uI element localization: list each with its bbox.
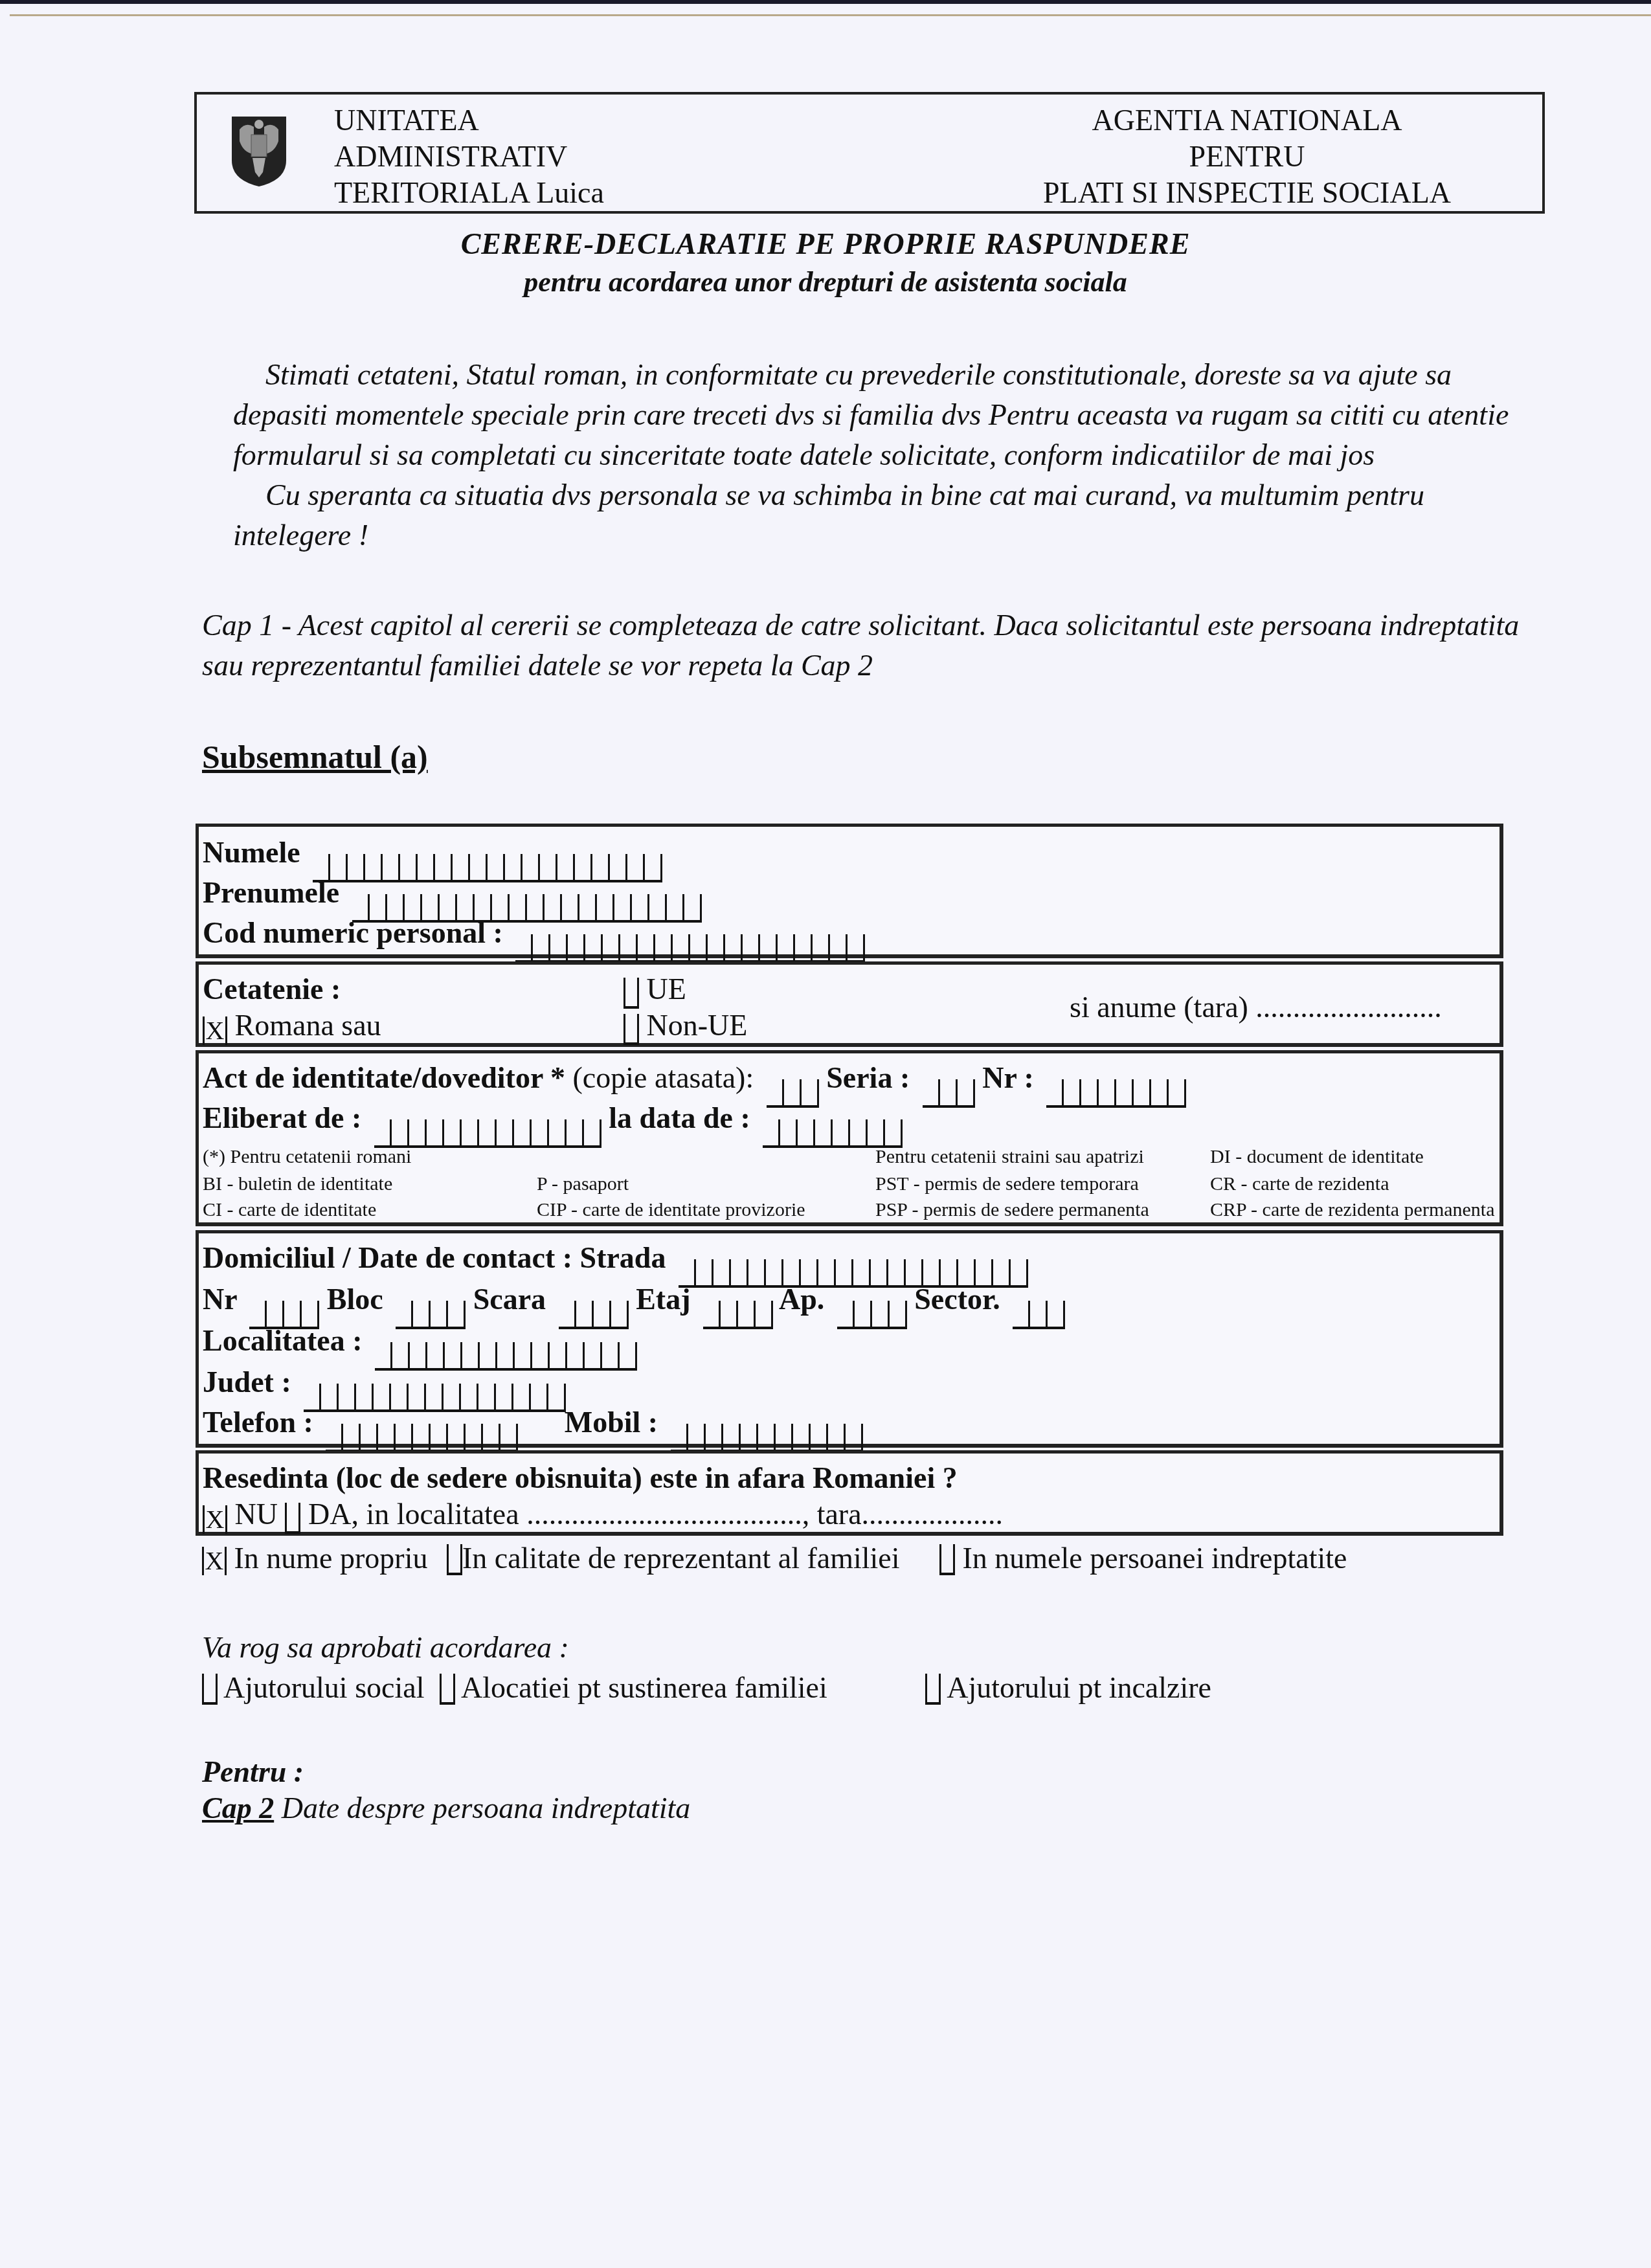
request-options: Ajutorului social Alocatiei pt sustinere… xyxy=(202,1670,1211,1705)
ajutor-social-checkbox[interactable] xyxy=(202,1674,218,1705)
char-box[interactable] xyxy=(444,1119,462,1148)
cap1-instructions: Cap 1 - Acest capitol al cererii se comp… xyxy=(202,605,1549,686)
data-label: la data de : xyxy=(609,1101,750,1134)
char-box[interactable] xyxy=(813,934,830,963)
capacity-options: X In nume propriu In calitate de repreze… xyxy=(202,1541,1347,1575)
char-box[interactable] xyxy=(690,934,708,963)
legend-straini-title: Pentru cetatenii straini sau apatrizi xyxy=(875,1144,1144,1170)
char-box[interactable] xyxy=(708,934,725,963)
char-box[interactable] xyxy=(549,1119,567,1148)
act-type-input[interactable] xyxy=(767,1069,819,1097)
address-details-row: Nr Bloc Scara Etaj Ap. Sector. xyxy=(203,1280,1065,1319)
char-box[interactable] xyxy=(778,934,795,963)
citizenship-ue-option[interactable]: UE xyxy=(623,970,686,1009)
char-box[interactable] xyxy=(811,1424,828,1452)
act-label: Act de identitate/doveditor * xyxy=(203,1061,565,1094)
char-box[interactable] xyxy=(413,1424,431,1452)
char-box[interactable] xyxy=(585,934,603,963)
char-box[interactable] xyxy=(584,1119,601,1148)
romana-checkbox[interactable]: X xyxy=(203,1016,227,1045)
pentru-label: Pentru : xyxy=(202,1755,304,1789)
char-box[interactable] xyxy=(1081,1079,1099,1108)
ajutor-incalzire-checkbox[interactable] xyxy=(925,1674,941,1705)
citizenship-romana-option[interactable]: X Romana sau xyxy=(203,1006,381,1045)
char-box[interactable] xyxy=(837,1301,855,1329)
char-box[interactable] xyxy=(533,934,550,963)
addr-nr-input[interactable] xyxy=(249,1290,319,1319)
residence-box: Resedinta (loc de sedere obisnuita) este… xyxy=(196,1450,1503,1536)
capacity-entitled-checkbox[interactable] xyxy=(939,1544,955,1575)
prenumele-row: Prenumele xyxy=(203,873,702,912)
residence-options: X NU DA, in localitatea ................… xyxy=(203,1495,1003,1534)
numele-input[interactable] xyxy=(313,844,662,872)
eliberat-input[interactable] xyxy=(374,1109,601,1138)
seria-label: Seria : xyxy=(826,1061,910,1094)
address-box: Domiciliul / Date de contact : Strada Nr… xyxy=(196,1230,1503,1448)
ue-checkbox[interactable] xyxy=(623,978,639,1009)
char-box[interactable] xyxy=(532,1119,549,1148)
intro-paragraph: Cu speranta ca situatia dvs personala se… xyxy=(233,475,1522,556)
char-box[interactable] xyxy=(638,934,655,963)
char-box[interactable] xyxy=(673,934,690,963)
char-box[interactable] xyxy=(1048,1301,1065,1329)
alocatie-checkbox[interactable] xyxy=(440,1674,455,1705)
char-box[interactable] xyxy=(655,934,673,963)
char-box[interactable] xyxy=(602,1342,620,1371)
char-box[interactable] xyxy=(890,1301,907,1329)
localitatea-input[interactable] xyxy=(375,1332,637,1360)
country-field[interactable]: si anume (tara) ........................… xyxy=(1070,988,1442,1027)
issuer-right: AGENTIA NATIONALA PENTRU PLATI SI INSPEC… xyxy=(988,102,1506,211)
char-box[interactable] xyxy=(703,1301,721,1329)
scan-edge xyxy=(0,0,1651,4)
char-box[interactable] xyxy=(1064,1079,1081,1108)
nr-input[interactable] xyxy=(1046,1069,1186,1097)
judet-row: Judet : xyxy=(203,1363,566,1402)
char-box[interactable] xyxy=(1151,1079,1169,1108)
char-box[interactable] xyxy=(743,934,760,963)
char-box[interactable] xyxy=(343,1424,361,1452)
char-box[interactable] xyxy=(431,1424,448,1452)
char-box[interactable] xyxy=(326,1424,343,1452)
numele-label: Numele xyxy=(203,836,300,869)
cnp-row: Cod numeric personal : xyxy=(203,914,865,952)
eliberat-row: Eliberat de : la data de : xyxy=(203,1099,903,1138)
numele-row: Numele xyxy=(203,833,662,872)
judet-input[interactable] xyxy=(304,1373,566,1402)
id-document-box: Act de identitate/doveditor * (copie ata… xyxy=(196,1050,1503,1226)
telefon-label: Telefon : xyxy=(203,1406,313,1439)
ajutor-incalzire-label: Ajutorului pt incalzire xyxy=(947,1671,1211,1704)
bloc-input[interactable] xyxy=(396,1290,466,1319)
judet-label: Judet : xyxy=(203,1365,291,1398)
ajutor-social-label: Ajutorului social xyxy=(223,1671,424,1704)
citizenship-non-ue-option[interactable]: Non-UE xyxy=(623,1006,747,1045)
char-box[interactable] xyxy=(514,1119,532,1148)
char-box[interactable] xyxy=(396,1424,413,1452)
section-heading-subsemnatul: Subsemnatul (a) xyxy=(202,738,428,776)
issuer-right-line: PENTRU xyxy=(988,139,1506,175)
strada-label: Domiciliul / Date de contact : Strada xyxy=(203,1241,666,1274)
char-box[interactable] xyxy=(958,1079,975,1108)
char-box[interactable] xyxy=(763,1119,780,1148)
char-box[interactable] xyxy=(688,1424,706,1452)
capacity-own-checkbox[interactable]: X xyxy=(202,1547,227,1575)
char-box[interactable] xyxy=(1046,1079,1064,1108)
act-row: Act de identitate/doveditor * (copie ata… xyxy=(203,1059,1186,1097)
legend-cr: CR - carte de rezidenta xyxy=(1210,1171,1389,1197)
cap2-link[interactable]: Cap 2 xyxy=(202,1791,274,1825)
intro-paragraph: Stimati cetateni, Statul roman, in confo… xyxy=(233,355,1522,475)
char-box[interactable] xyxy=(550,934,568,963)
ap-label: Ap. xyxy=(779,1283,824,1316)
seria-input[interactable] xyxy=(923,1069,975,1097)
char-box[interactable] xyxy=(409,1119,427,1148)
data-input[interactable] xyxy=(763,1109,903,1138)
capacity-own-label: In nume propriu xyxy=(234,1542,428,1575)
char-box[interactable] xyxy=(466,1424,483,1452)
char-box[interactable] xyxy=(760,934,778,963)
mobil-input[interactable] xyxy=(671,1413,863,1442)
char-box[interactable] xyxy=(830,934,848,963)
char-box[interactable] xyxy=(567,1119,584,1148)
romana-label: Romana sau xyxy=(235,1009,381,1042)
citizenship-label: Cetatenie : xyxy=(203,970,341,1009)
strada-input[interactable] xyxy=(679,1249,1028,1277)
ue-label: UE xyxy=(647,972,686,1005)
char-box[interactable] xyxy=(361,1424,378,1452)
residence-nu-label: NU xyxy=(235,1498,278,1531)
issuer-left-line: TERITORIALA Luica xyxy=(334,175,604,211)
char-box[interactable] xyxy=(620,934,638,963)
legend-cip: CIP - carte de identitate provizorie xyxy=(537,1197,805,1223)
non-ue-label: Non-UE xyxy=(647,1009,748,1042)
char-box[interactable] xyxy=(1030,1301,1048,1329)
alocatie-label: Alocatiei pt sustinerea familiei xyxy=(461,1671,827,1704)
prenumele-label: Prenumele xyxy=(203,876,339,909)
char-box[interactable] xyxy=(855,1301,872,1329)
char-box[interactable] xyxy=(568,934,585,963)
char-box[interactable] xyxy=(1116,1079,1134,1108)
char-box[interactable] xyxy=(940,1079,958,1108)
char-box[interactable] xyxy=(479,1119,497,1148)
cap2-line: Cap 2 Date despre persoana indreptatita xyxy=(202,1791,690,1825)
char-box[interactable] xyxy=(848,934,865,963)
char-box[interactable] xyxy=(776,1424,793,1452)
act-note: (copie atasata): xyxy=(573,1061,754,1094)
etaj-label: Etaj xyxy=(636,1283,690,1316)
legend-romani-title: (*) Pentru cetatenii romani xyxy=(203,1144,411,1170)
char-box[interactable] xyxy=(815,1119,833,1148)
phone-row: Telefon : Mobil : xyxy=(203,1403,863,1442)
residence-da-checkbox[interactable] xyxy=(285,1503,300,1534)
char-box[interactable] xyxy=(846,1424,863,1452)
legend-di: DI - document de identitate xyxy=(1210,1144,1424,1170)
char-box[interactable] xyxy=(725,934,743,963)
legend-ci: CI - carte de identitate xyxy=(203,1197,376,1223)
char-box[interactable] xyxy=(585,1342,602,1371)
capacity-entitled-label: In numele persoanei indreptatite xyxy=(963,1542,1347,1575)
mobil-label: Mobil : xyxy=(565,1406,658,1439)
char-box[interactable] xyxy=(756,1301,773,1329)
char-box[interactable] xyxy=(795,934,813,963)
char-box[interactable] xyxy=(483,1424,500,1452)
sector-label: Sector. xyxy=(914,1283,1000,1316)
cnp-label: Cod numeric personal : xyxy=(203,916,503,949)
char-box[interactable] xyxy=(798,1119,815,1148)
legend-p: P - pasaport xyxy=(537,1171,629,1197)
eliberat-label: Eliberat de : xyxy=(203,1101,361,1134)
document-subtitle: pentru acordarea unor drepturi de asiste… xyxy=(0,265,1651,298)
char-box[interactable] xyxy=(620,1342,637,1371)
char-box[interactable] xyxy=(850,1119,868,1148)
char-box[interactable] xyxy=(515,934,533,963)
localitatea-label: Localitatea : xyxy=(203,1324,363,1357)
ap-input[interactable] xyxy=(837,1290,907,1319)
char-box[interactable] xyxy=(872,1301,890,1329)
residence-nu-checkbox[interactable]: X xyxy=(203,1505,227,1534)
strada-row: Domiciliul / Date de contact : Strada xyxy=(203,1239,1028,1277)
issuer-left-line: ADMINISTRATIV xyxy=(334,139,604,175)
legend-bi: BI - buletin de identitate xyxy=(203,1171,392,1197)
localitatea-row: Localitatea : xyxy=(203,1321,637,1360)
issuer-left: UNITATEA ADMINISTRATIV TERITORIALA Luica xyxy=(334,102,604,211)
char-box[interactable] xyxy=(378,1424,396,1452)
char-box[interactable] xyxy=(427,1119,444,1148)
char-box[interactable] xyxy=(721,1301,738,1329)
cnp-input[interactable] xyxy=(515,924,865,952)
scan-artifact-line xyxy=(10,14,1651,16)
request-heading: Va rog sa aprobati acordarea : xyxy=(202,1630,569,1665)
cap2-text: Date despre persoana indreptatita xyxy=(282,1791,691,1825)
bloc-label: Bloc xyxy=(327,1283,383,1316)
intro-text: Stimati cetateni, Statul roman, in confo… xyxy=(233,355,1522,556)
char-box[interactable] xyxy=(567,1342,585,1371)
coat-of-arms-icon xyxy=(230,115,287,188)
header-box: UNITATEA ADMINISTRATIV TERITORIALA Luica… xyxy=(194,92,1545,214)
char-box[interactable] xyxy=(923,1079,940,1108)
scara-label: Scara xyxy=(473,1283,546,1316)
char-box[interactable] xyxy=(497,1119,514,1148)
char-box[interactable] xyxy=(741,1424,758,1452)
char-box[interactable] xyxy=(793,1424,811,1452)
capacity-representative-label: In calitate de reprezentant al familiei xyxy=(462,1542,900,1575)
capacity-representative-checkbox[interactable] xyxy=(447,1544,462,1575)
char-box[interactable] xyxy=(671,1424,688,1452)
char-box[interactable] xyxy=(1099,1079,1116,1108)
char-box[interactable] xyxy=(500,1424,518,1452)
legend-crp: CRP - carte de rezidenta permanenta xyxy=(1210,1197,1495,1223)
issuer-right-line: AGENTIA NATIONALA xyxy=(988,102,1506,139)
char-box[interactable] xyxy=(780,1119,798,1148)
char-box[interactable] xyxy=(1013,1301,1030,1329)
sector-input[interactable] xyxy=(1013,1290,1065,1319)
citizenship-box: Cetatenie : X Romana sau UE Non-UE si an… xyxy=(196,961,1503,1047)
residence-question: Resedinta (loc de sedere obisnuita) este… xyxy=(203,1459,958,1498)
char-box[interactable] xyxy=(1134,1079,1151,1108)
non-ue-checkbox[interactable] xyxy=(623,1014,639,1045)
document-title: CERERE-DECLARATIE PE PROPRIE RASPUNDERE xyxy=(0,227,1651,261)
legend-pst: PST - permis de sedere temporara xyxy=(875,1171,1139,1197)
residence-da-label[interactable]: DA, in localitatea .....................… xyxy=(308,1498,1003,1531)
prenumele-input[interactable] xyxy=(352,884,702,912)
char-box[interactable] xyxy=(738,1301,756,1329)
issuer-left-line: UNITATEA xyxy=(334,102,604,139)
telefon-input[interactable] xyxy=(326,1413,518,1442)
identity-box: Numele Prenumele Cod numeric personal : xyxy=(196,824,1503,958)
char-box[interactable] xyxy=(462,1119,479,1148)
legend-psp: PSP - permis de sedere permanenta xyxy=(875,1197,1149,1223)
issuer-right-line: PLATI SI INSPECTIE SOCIALA xyxy=(988,175,1506,211)
char-box[interactable] xyxy=(706,1424,723,1452)
char-box[interactable] xyxy=(603,934,620,963)
nr-label: Nr : xyxy=(982,1061,1034,1094)
etaj-input[interactable] xyxy=(703,1290,773,1319)
char-box[interactable] xyxy=(1169,1079,1186,1108)
char-box[interactable] xyxy=(723,1424,741,1452)
scara-input[interactable] xyxy=(559,1290,629,1319)
char-box[interactable] xyxy=(833,1119,850,1148)
char-box[interactable] xyxy=(448,1424,466,1452)
char-box[interactable] xyxy=(758,1424,776,1452)
addr-nr-label: Nr xyxy=(203,1283,237,1316)
char-box[interactable] xyxy=(828,1424,846,1452)
